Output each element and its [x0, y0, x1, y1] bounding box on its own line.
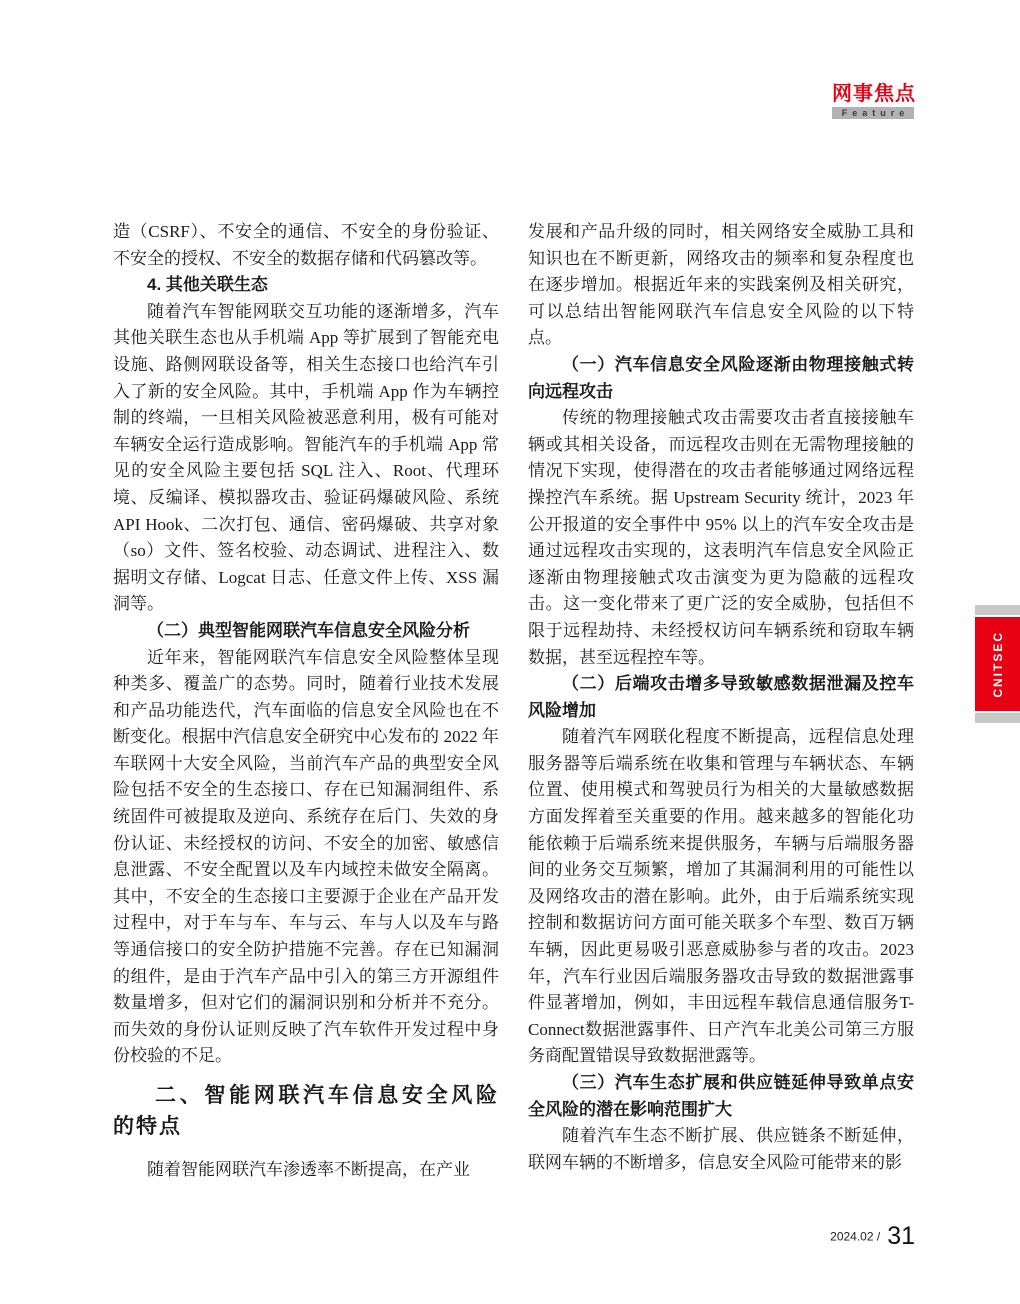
- side-edge-tab: CNITSEC: [975, 605, 1020, 723]
- paragraph: 随着汽车智能网联交互功能的逐渐增多，汽车其他关联生态也从手机端 App 等扩展到…: [113, 299, 499, 618]
- column-title: 网事焦点: [832, 84, 914, 105]
- paragraph: 造（CSRF）、不安全的通信、不安全的身份验证、不安全的授权、不安全的数据存储和…: [113, 219, 499, 272]
- page-number: 31: [887, 1222, 915, 1250]
- sub-heading: （一）汽车信息安全风险逐渐由物理接触式转向远程攻击: [528, 352, 914, 405]
- sub-heading: （三）汽车生态扩展和供应链延伸导致单点安全风险的潜在影响范围扩大: [528, 1070, 914, 1123]
- page-header: 网事焦点 Feature: [832, 84, 914, 119]
- paragraph: 发展和产品升级的同时，相关网络安全威胁工具和知识也在不断更新，网络攻击的频率和复…: [528, 219, 914, 352]
- page-footer: 2024.02 / 31: [790, 1222, 915, 1251]
- issue-label: 2024.02 /: [830, 1230, 880, 1244]
- cnitsec-label: CNITSEC: [991, 631, 1005, 698]
- right-text-column: 发展和产品升级的同时，相关网络安全威胁工具和知识也在不断更新，网络攻击的频率和复…: [528, 219, 914, 1176]
- paragraph: 随着汽车网联化程度不断提高，远程信息处理服务器等后端系统在收集和管理与车辆状态、…: [528, 724, 914, 1070]
- magazine-page: 网事焦点 Feature 造（CSRF）、不安全的通信、不安全的身份验证、不安全…: [0, 0, 1020, 1304]
- paragraph: 随着智能网联汽车渗透率不断提高，在产业: [113, 1157, 499, 1184]
- sub-heading: 4. 其他关联生态: [113, 272, 499, 299]
- paragraph: 传统的物理接触式攻击需要攻击者直接接触车辆或其相关设备，而远程攻击则在无需物理接…: [528, 405, 914, 671]
- sub-heading: （二）后端攻击增多导致敏感数据泄漏及控车风险增加: [528, 671, 914, 724]
- sub-heading: （二）典型智能网联汽车信息安全风险分析: [113, 618, 499, 645]
- section-heading: 二、智能网联汽车信息安全风险的特点: [113, 1080, 499, 1142]
- cnitsec-tab: CNITSEC: [975, 617, 1020, 711]
- tab-strip-bottom: [975, 713, 1020, 723]
- left-text-column: 造（CSRF）、不安全的通信、不安全的身份验证、不安全的授权、不安全的数据存储和…: [113, 219, 499, 1184]
- tab-strip-top: [975, 605, 1020, 615]
- paragraph: 近年来，智能网联汽车信息安全风险整体呈现种类多、覆盖广的态势。同时，随着行业技术…: [113, 645, 499, 1071]
- paragraph: 随着汽车生态不断扩展、供应链条不断延伸，联网车辆的不断增多，信息安全风险可能带来…: [528, 1123, 914, 1176]
- feature-label-bar: Feature: [832, 107, 914, 119]
